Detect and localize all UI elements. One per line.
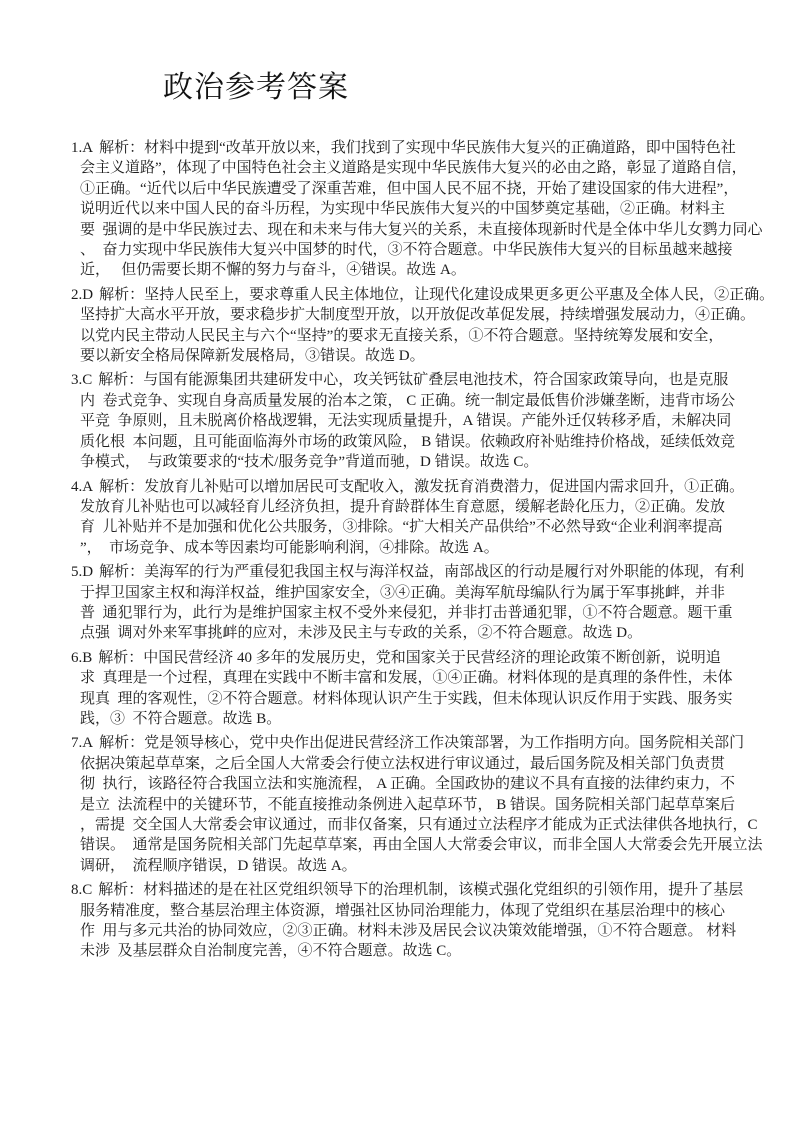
answer-line: 未涉 及基层群众自治制度完善，④不符合题意。故选 C。	[80, 941, 780, 961]
answer-line: 作 用与多元共治的协同效应，②③正确。材料未涉及居民会议决策效能增强，①不符合题…	[80, 921, 780, 941]
answer-label: 1.A	[71, 138, 93, 158]
answer-line: 解析：党是领导核心，党中央作出促进民营经济工作决策部署，为工作指明方向。国务院相…	[99, 735, 744, 751]
answer-line: ，需提 交全国人大常委会审议通过，而非仅备案，只有通过立法程序才能成为正式法律供…	[80, 815, 780, 835]
answer-label: 5.D	[71, 562, 93, 582]
answer-block: 6.B解析：中国民营经济 40 多年的发展历史，党和国家关于民营经济的理论政策不…	[80, 648, 780, 730]
answer-line: 说明近代以来中国人民的奋斗历程，为实现中华民族伟大复兴的中国梦奠定基础，②正确。…	[80, 199, 780, 219]
answer-label: 4.A	[71, 477, 93, 497]
answer-line: 、 奋力实现中华民族伟大复兴中国梦的时代，③不符合题意。中华民族伟大复兴的目标虽…	[80, 240, 780, 260]
answer-line: 解析：与国有能源集团共建研发中心，攻关钙钛矿叠层电池技术，符合国家政策导向，也是…	[98, 372, 728, 388]
answer-block: 5.D解析：美海军的行为严重侵犯我国主权与海洋权益，南部战区的行动是履行对外职能…	[80, 562, 780, 644]
answer-line: 发放育儿补贴也可以减轻育儿经济负担，提升育龄群体生育意愿，缓解老龄化压力，②正确…	[80, 497, 780, 517]
answer-block: 7.A解析：党是领导核心，党中央作出促进民营经济工作决策部署，为工作指明方向。国…	[80, 733, 780, 876]
document-page: 政治参考答案 1.A解析：材料中提到“改革开放以来，我们找到了实现中华民族伟大复…	[0, 0, 794, 1122]
answer-block: 2.D解析：坚持人民至上，要求尊重人民主体地位，让现代化建设成果更多更公平惠及全…	[80, 285, 780, 367]
answer-first-line: 2.D解析：坚持人民至上，要求尊重人民主体地位，让现代化建设成果更多更公平惠及全…	[80, 285, 780, 305]
answer-first-line: 5.D解析：美海军的行为严重侵犯我国主权与海洋权益，南部战区的行动是履行对外职能…	[80, 562, 780, 582]
answer-line: 普 通犯罪行为，此行为是维护国家主权不受外来侵犯，并非打击普通犯罪，①不符合题意…	[80, 603, 780, 623]
answer-first-line: 1.A解析：材料中提到“改革开放以来，我们找到了实现中华民族伟大复兴的正确道路，…	[80, 138, 780, 158]
answer-line: 平竞 争原则，且未脱离价格战逻辑，无法实现质量提升，A 错误。产能外迁仅转移矛盾…	[80, 411, 780, 431]
answer-line: ”， 市场竞争、成本等因素均可能影响利润，④排除。故选 A。	[80, 538, 780, 558]
answer-line: 彻 执行，该路径符合我国立法和实施流程， A 正确。全国政协的建议不具有直接的法…	[80, 774, 780, 794]
answer-line: 要以新安全格局保障新发展格局，③错误。故选 D。	[80, 346, 780, 366]
answer-line: 要 强调的是中华民族过去、现在和未来与伟大复兴的关系，未直接体现新时代是全体中华…	[80, 220, 780, 240]
answer-line: 依据决策起草草案，之后全国人大常委会行使立法权进行审议通过，最后国务院及相关部门…	[80, 754, 780, 774]
answer-line: 解析：材料描述的是在社区党组织领导下的治理机制，该模式强化党组织的引领作用，提升…	[98, 882, 743, 898]
answer-block: 1.A解析：材料中提到“改革开放以来，我们找到了实现中华民族伟大复兴的正确道路，…	[80, 138, 780, 281]
answer-label: 6.B	[71, 648, 92, 668]
answer-line: 解析：中国民营经济 40 多年的发展历史，党和国家关于民营经济的理论政策不断创新…	[98, 650, 721, 666]
answer-line: 调研， 流程顺序错误，D 错误。故选 A。	[80, 856, 780, 876]
answer-line: 近， 但仍需要长期不懈的努力与奋斗，④错误。故选 A。	[80, 260, 780, 280]
answer-first-line: 8.C解析：材料描述的是在社区党组织领导下的治理机制，该模式强化党组织的引领作用…	[80, 880, 780, 900]
answer-line: 以党内民主带动人民民主与六个“坚持”的要求无直接关系，①不符合题意。坚持统筹发展…	[80, 326, 780, 346]
answer-label: 7.A	[71, 733, 93, 753]
answer-line: ①正确。“近代以后中华民族遭受了深重苦难，但中国人民不屈不挠，开始了建设国家的伟…	[80, 179, 780, 199]
answer-list: 1.A解析：材料中提到“改革开放以来，我们找到了实现中华民族伟大复兴的正确道路，…	[80, 138, 780, 966]
answer-line: 解析：坚持人民至上，要求尊重人民主体地位，让现代化建设成果更多更公平惠及全体人民…	[99, 287, 774, 303]
answer-line: 现真 理的客观性，②不符合题意。材料体现认识产生于实践，但未体现认识反作用于实践…	[80, 689, 780, 709]
answer-label: 8.C	[71, 880, 92, 900]
answer-first-line: 7.A解析：党是领导核心，党中央作出促进民营经济工作决策部署，为工作指明方向。国…	[80, 733, 780, 753]
answer-block: 3.C解析：与国有能源集团共建研发中心，攻关钙钛矿叠层电池技术，符合国家政策导向…	[80, 370, 780, 472]
answer-line: 服务精准度，整合基层治理主体资源，增强社区协同治理能力，体现了党组织在基层治理中…	[80, 901, 780, 921]
answer-first-line: 4.A解析：发放育儿补贴可以增加居民可支配收入，激发抚育消费潜力，促进国内需求回…	[80, 477, 780, 497]
answer-line: 解析：发放育儿补贴可以增加居民可支配收入，激发抚育消费潜力，促进国内需求回升，①…	[99, 479, 744, 495]
answer-line: 求 真理是一个过程，真理在实践中不断丰富和发展，①④正确。材料体现的是真理的条件…	[80, 668, 780, 688]
answer-line: 会主义道路”，体现了中国特色社会主义道路是实现中华民族伟大复兴的必由之路，彰显了…	[80, 158, 780, 178]
answer-line: 错误。 通常是国务院相关部门先起草草案，再由全国人大常委会审议，而非全国人大常委…	[80, 835, 780, 855]
answer-line: 质化根 本问题，且可能面临海外市场的政策风险， B 错误。依赖政府补贴维持价格战…	[80, 432, 780, 452]
answer-line: 点强 调对外来军事挑衅的应对，未涉及民主与专政的关系，②不符合题意。故选 D。	[80, 623, 780, 643]
answer-label: 2.D	[71, 285, 93, 305]
answer-line: 育 儿补贴并不是加强和优化公共服务，③排除。“扩大相关产品供给”不必然导致“企业…	[80, 517, 780, 537]
answer-first-line: 6.B解析：中国民营经济 40 多年的发展历史，党和国家关于民营经济的理论政策不…	[80, 648, 780, 668]
answer-line: 内 卷式竞争、实现自身高质量发展的治本之策， C 正确。统一制定最低售价涉嫌垄断…	[80, 391, 780, 411]
answer-line: 于捍卫国家主权和海洋权益，维护国家安全，③④正确。美海军航母编队行为属于军事挑衅…	[80, 583, 780, 603]
answer-line: 争模式， 与政策要求的“技术/服务竞争”背道而驰，D 错误。故选 C。	[80, 452, 780, 472]
answer-block: 8.C解析：材料描述的是在社区党组织领导下的治理机制，该模式强化党组织的引领作用…	[80, 880, 780, 962]
answer-first-line: 3.C解析：与国有能源集团共建研发中心，攻关钙钛矿叠层电池技术，符合国家政策导向…	[80, 370, 780, 390]
answer-line: 坚持扩大高水平开放，要求稳步扩大制度型开放，以开放促改革促发展，持续增强发展动力…	[80, 305, 780, 325]
page-title: 政治参考答案	[163, 70, 349, 106]
answer-line: 解析：美海军的行为严重侵犯我国主权与海洋权益，南部战区的行动是履行对外职能的体现…	[99, 564, 744, 580]
answer-line: 解析：材料中提到“改革开放以来，我们找到了实现中华民族伟大复兴的正确道路，即中国…	[99, 140, 736, 156]
answer-line: 践，③ 不符合题意。故选 B。	[80, 709, 780, 729]
answer-line: 是立 法流程中的关键环节，不能直接推动条例进入起草环节， B 错误。国务院相关部…	[80, 795, 780, 815]
answer-label: 3.C	[71, 370, 92, 390]
answer-block: 4.A解析：发放育儿补贴可以增加居民可支配收入，激发抚育消费潜力，促进国内需求回…	[80, 477, 780, 559]
